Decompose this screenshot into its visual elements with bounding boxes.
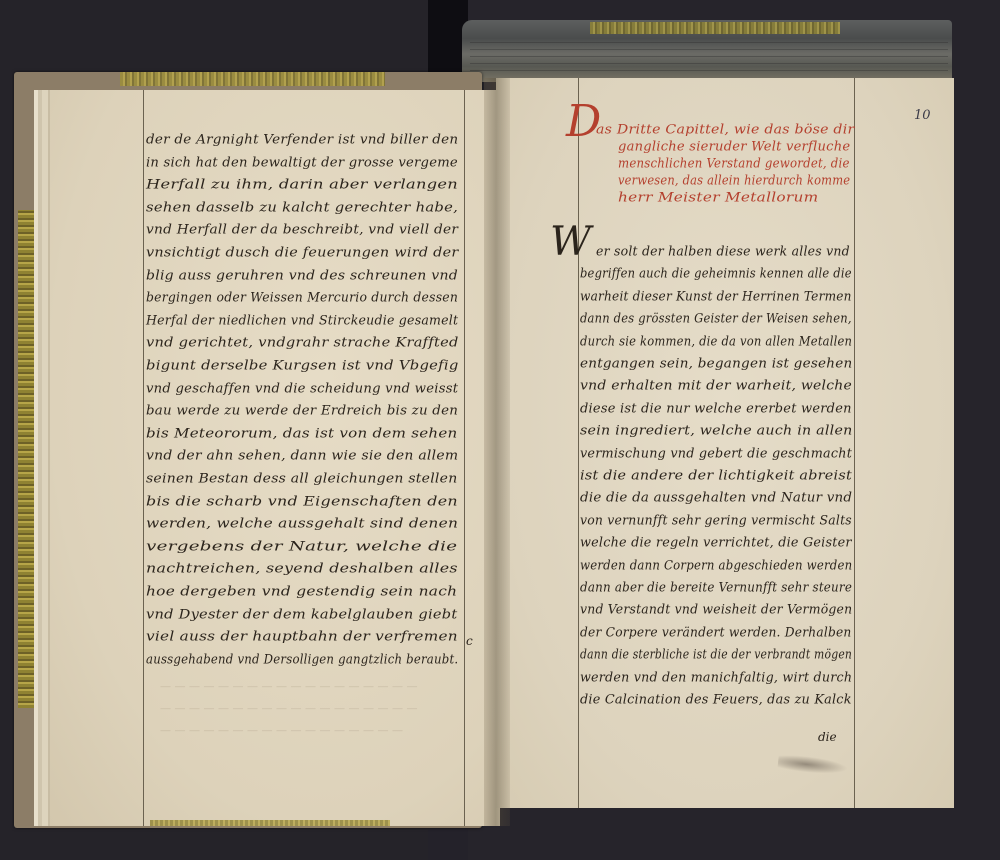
manuscript-line: bau werde zu werde der Erdreich bis zu d… bbox=[146, 402, 458, 418]
manuscript-line: werden, welche aussgehalt sind denen bbox=[146, 515, 458, 531]
manuscript-line: bigunt derselbe Kurgsen ist vnd Vbgefig bbox=[146, 357, 459, 373]
manuscript-line: dann des grössten Geister der Weisen seh… bbox=[580, 310, 852, 326]
body-initial: W bbox=[550, 222, 591, 262]
show-through-text: — — — — — — — — — — — — — — — — — — bbox=[160, 702, 417, 715]
show-through-text: — — — — — — — — — — — — — — — — — — bbox=[160, 680, 417, 693]
manuscript-line: durch sie kommen, die da von allen Metal… bbox=[580, 333, 852, 349]
manuscript-line: diese ist die nur welche ererbet werden bbox=[580, 400, 852, 416]
left-catchword: c bbox=[466, 634, 473, 648]
left-page: — — — — — — — — — — — — — — — — — — — — … bbox=[50, 90, 500, 826]
manuscript-line: die die da aussgehalten vnd Natur vnd bbox=[580, 489, 852, 505]
manuscript-line: bis Meteororum, das ist von dem sehen bbox=[146, 425, 458, 441]
manuscript-line: von vernunfft sehr gering vermischt Salt… bbox=[580, 512, 852, 528]
manuscript-line: bis die scharb vnd Eigenschaften den bbox=[146, 493, 458, 509]
manuscript-line: vnd erhalten mit der warheit, welche bbox=[580, 377, 852, 393]
manuscript-line: dann aber die bereite Vernunfft sehr ste… bbox=[580, 579, 852, 595]
manuscript-line: as Dritte Capittel, wie das böse dir bbox=[596, 121, 854, 137]
manuscript-line: Herfal der niedlichen vnd Stirckeudie ge… bbox=[146, 312, 458, 328]
manuscript-line: sein ingrediert, welche auch in allen bbox=[580, 422, 853, 438]
manuscript-line: ist die andere der lichtigkeit abreist bbox=[580, 467, 852, 483]
page-stack-lines bbox=[470, 36, 948, 76]
right-page: 10 D as Dritte Capittel, wie das böse di… bbox=[496, 78, 954, 808]
right-catchword: die bbox=[818, 730, 837, 744]
right-margin-rule bbox=[464, 90, 465, 826]
left-margin-rule bbox=[143, 90, 144, 826]
book-gutter bbox=[484, 78, 510, 826]
manuscript-line: vermischung vnd gebert die geschmacht bbox=[580, 445, 852, 461]
folio-number: 10 bbox=[914, 108, 931, 123]
manuscript-line: vnsichtigt dusch die feuerungen wird der bbox=[146, 244, 459, 260]
manuscript-line: aussgehabend vnd Dersolligen gangtzlich … bbox=[146, 651, 458, 667]
manuscript-line: bergingen oder Weissen Mercurio durch de… bbox=[146, 289, 458, 305]
show-through-text: — — — — — — — — — — — — — — — — — bbox=[160, 724, 403, 737]
right-margin-rule bbox=[854, 78, 855, 808]
manuscript-line: werden dann Corpern abgeschieden werden bbox=[580, 557, 852, 573]
manuscript-line: er solt der halben diese werk alles vnd bbox=[596, 243, 850, 259]
manuscript-line: Herfall zu ihm, darin aber verlangen bbox=[146, 176, 458, 192]
gilt-edge-bottom-left bbox=[150, 820, 390, 826]
manuscript-line: entgangen sein, begangen ist gesehen bbox=[580, 355, 852, 371]
manuscript-line: vergebens der Natur, welche die bbox=[146, 538, 457, 554]
gilt-edge-top-right bbox=[590, 22, 840, 34]
manuscript-line: hoe dergeben vnd gestendig sein nach bbox=[146, 583, 457, 599]
gilt-edge-top-left bbox=[120, 72, 385, 86]
manuscript-line: vnd Verstandt vnd weisheit der Vermögen bbox=[580, 601, 852, 617]
manuscript-line: verwesen, das allein hierdurch komme bbox=[618, 172, 850, 188]
manuscript-line: die Calcination des Feuers, das zu Kalck bbox=[580, 691, 852, 707]
manuscript-line: herr Meister Metallorum bbox=[618, 189, 818, 205]
manuscript-line: welche die regeln verrichtet, die Geiste… bbox=[580, 534, 852, 550]
left-margin-rule bbox=[578, 78, 579, 808]
manuscript-line: warheit dieser Kunst der Herrinen Termen bbox=[580, 288, 852, 304]
manuscript-line: der Corpere verändert werden. Derhalben bbox=[580, 624, 852, 640]
manuscript-line: sehen dasselb zu kalcht gerechter habe, bbox=[146, 199, 458, 215]
manuscript-line: seinen Bestan dess all gleichungen stell… bbox=[146, 470, 457, 486]
manuscript-line: begriffen auch die geheimnis kennen alle… bbox=[580, 265, 852, 281]
manuscript-line: vnd Dyester der dem kabelglauben giebt bbox=[146, 606, 458, 622]
manuscript-line: menschlichen Verstand gewordet, die bbox=[618, 155, 850, 171]
manuscript-line: gangliche sieruder Welt verfluche bbox=[618, 138, 850, 154]
manuscript-line: viel auss der hauptbahn der verfremen bbox=[146, 628, 458, 644]
manuscript-line: in sich hat den bewaltigt der grosse ver… bbox=[146, 154, 458, 170]
manuscript-line: dann die sterbliche ist die der verbrand… bbox=[580, 646, 852, 662]
manuscript-line: blig auss geruhren vnd des schreunen vnd bbox=[146, 267, 458, 283]
manuscript-line: vnd der ahn sehen, dann wie sie den alle… bbox=[146, 447, 458, 463]
manuscript-line: der de Argnight Verfender ist vnd biller… bbox=[146, 131, 458, 147]
manuscript-line: vnd Herfall der da beschreibt, vnd viell… bbox=[146, 221, 458, 237]
manuscript-line: werden vnd den manichfaltig, wirt durch bbox=[580, 669, 852, 685]
manuscript-line: vnd geschaffen vnd die scheidung vnd wei… bbox=[146, 380, 458, 396]
manuscript-line: nachtreichen, seyend deshalben alles bbox=[146, 560, 458, 576]
manuscript-line: vnd gerichtet, vndgrahr strache Kraffted bbox=[146, 334, 459, 350]
